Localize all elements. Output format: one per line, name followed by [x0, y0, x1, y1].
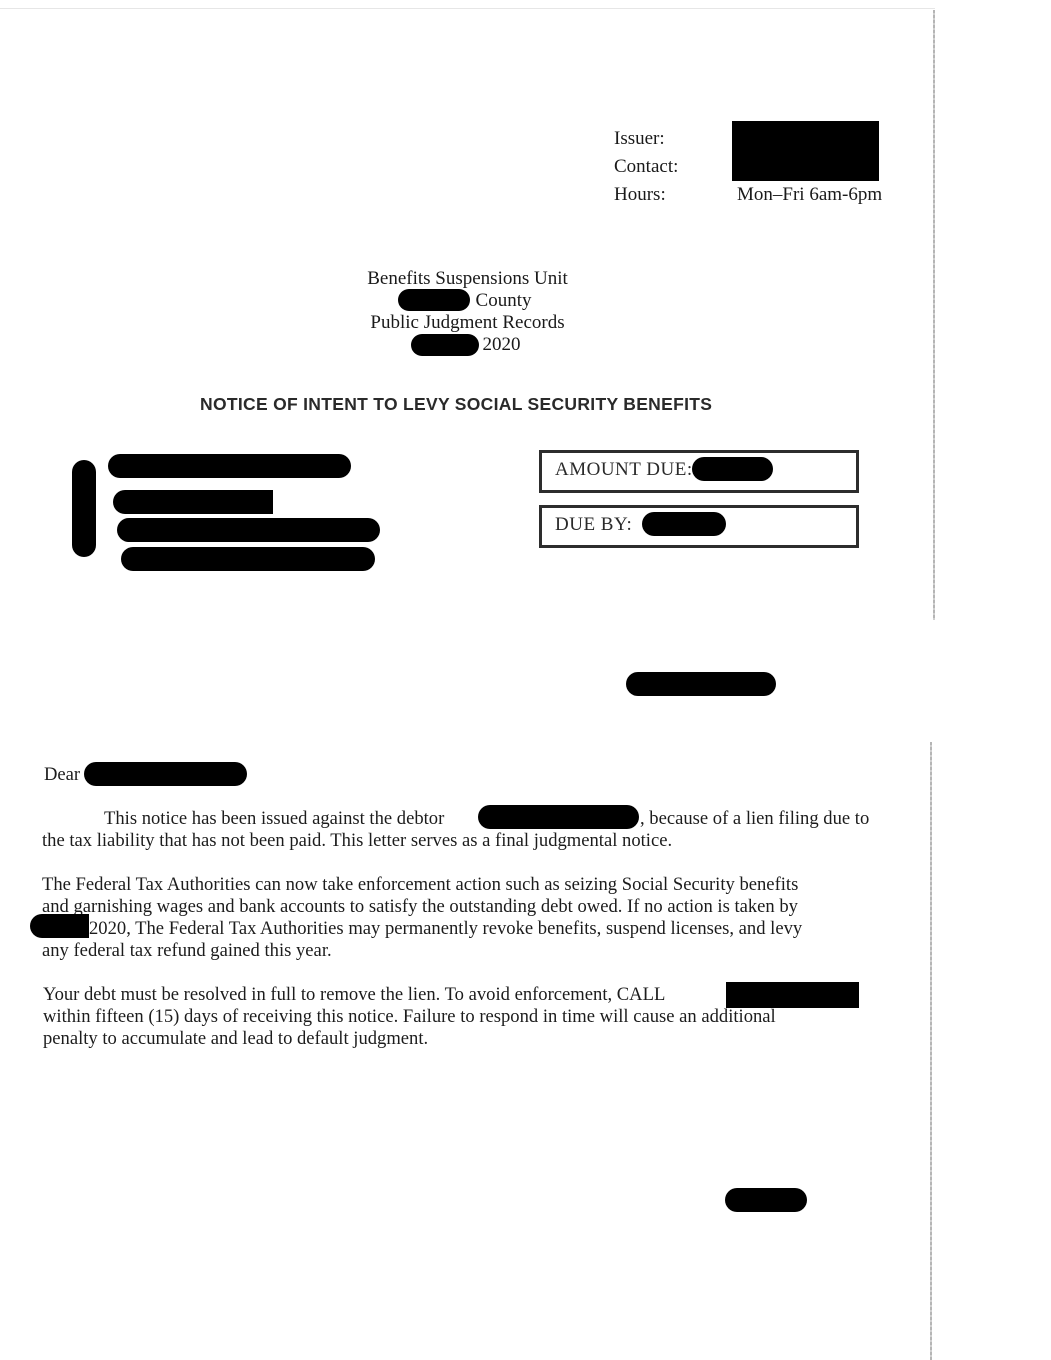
- p3-line2: within fifteen (15) days of receiving th…: [43, 1006, 776, 1028]
- salutation: Dear: [44, 764, 80, 786]
- salutation-name-redaction: [84, 762, 247, 786]
- address-redaction: [113, 490, 273, 514]
- address-redaction: [72, 460, 96, 557]
- letter-page: Issuer: Contact: Hours: Mon–Fri 6am-6pm …: [0, 0, 1051, 1360]
- contact-label: Contact:: [614, 153, 678, 181]
- address-redaction: [117, 518, 380, 542]
- due-by-redaction: [642, 512, 726, 536]
- p1-line2: the tax liability that has not been paid…: [42, 830, 672, 852]
- p2-line4: any federal tax refund gained this year.: [42, 940, 332, 962]
- p3-line3: penalty to accumulate and lead to defaul…: [43, 1028, 428, 1050]
- office-records: Public Judgment Records: [330, 312, 605, 334]
- office-year: 2020: [483, 334, 521, 355]
- due-by-label: DUE BY:: [555, 514, 632, 536]
- p2-line3: 2020, The Federal Tax Authorities may pe…: [89, 918, 802, 940]
- office-unit: Benefits Suspensions Unit: [330, 268, 605, 290]
- issuer-label: Issuer:: [614, 125, 665, 153]
- signature-redaction: [725, 1188, 807, 1212]
- county-redaction: [398, 289, 470, 311]
- amount-due-redaction: [692, 457, 773, 481]
- address-redaction: [108, 454, 351, 478]
- issuer-contact-redaction: [732, 121, 879, 181]
- page-edge-right: [933, 10, 935, 620]
- page-edge-top: [0, 8, 935, 9]
- p1-line1a: This notice has been issued against the …: [104, 808, 444, 830]
- reference-redaction: [626, 672, 776, 696]
- notice-title: NOTICE OF INTENT TO LEVY SOCIAL SECURITY…: [200, 394, 712, 415]
- hours-label: Hours:: [614, 181, 666, 209]
- phone-redaction: [726, 982, 859, 1008]
- p1-line1b: , because of a lien filing due to: [640, 808, 869, 830]
- hours-value: Mon–Fri 6am-6pm: [737, 181, 882, 209]
- deadline-redaction: [30, 914, 89, 938]
- address-redaction: [121, 547, 375, 571]
- p2-line1: The Federal Tax Authorities can now take…: [42, 874, 798, 896]
- date-redaction: [411, 334, 479, 356]
- page-edge-right: [930, 742, 932, 1360]
- office-county: County: [476, 290, 532, 311]
- p3-line1: Your debt must be resolved in full to re…: [43, 984, 665, 1006]
- debtor-name-redaction: [478, 805, 639, 829]
- amount-due-label: AMOUNT DUE:: [555, 459, 693, 481]
- p2-line2: and garnishing wages and bank accounts t…: [42, 896, 798, 918]
